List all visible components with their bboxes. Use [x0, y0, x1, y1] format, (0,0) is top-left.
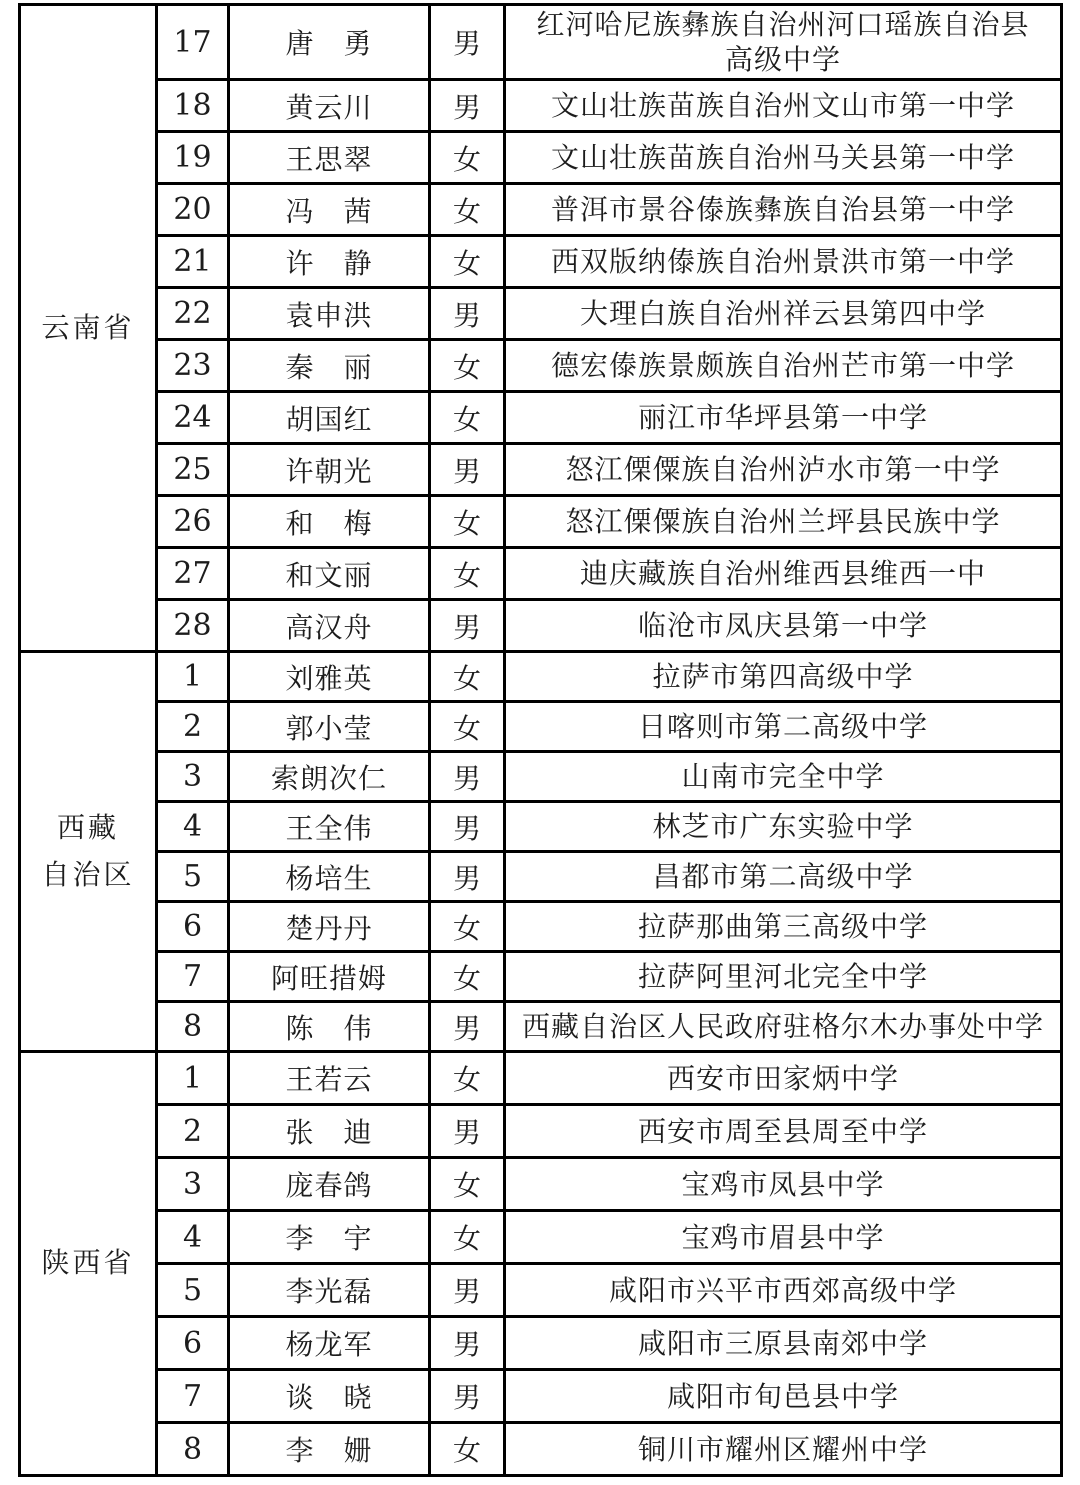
gender-cell: 女: [430, 1052, 505, 1105]
name-cell: 张 迪: [229, 1105, 430, 1158]
name-cell: 许朝光: [229, 444, 430, 496]
province-cell: 西藏 自治区: [20, 652, 157, 1052]
table-row: 26和 梅女怒江傈僳族自治州兰坪县民族中学: [20, 496, 1062, 548]
name-cell: 陈 伟: [229, 1002, 430, 1052]
number-cell: 2: [157, 1105, 229, 1158]
number-cell: 25: [157, 444, 229, 496]
school-cell: 文山壮族苗族自治州文山市第一中学: [505, 80, 1062, 132]
gender-cell: 男: [430, 1105, 505, 1158]
gender-cell: 男: [430, 1264, 505, 1317]
gender-cell: 男: [430, 5, 505, 80]
number-cell: 27: [157, 548, 229, 600]
table-row: 19王思翠女文山壮族苗族自治州马关县第一中学: [20, 132, 1062, 184]
gender-cell: 女: [430, 702, 505, 752]
table-row: 8李 姗女铜川市耀州区耀州中学: [20, 1423, 1062, 1476]
table-row: 陕西省1王若云女西安市田家炳中学: [20, 1052, 1062, 1105]
number-cell: 7: [157, 952, 229, 1002]
document-page: 云南省17唐 勇男红河哈尼族彝族自治州河口瑶族自治县 高级中学18黄云川男文山壮…: [0, 0, 1080, 1485]
table-row: 2张 迪男西安市周至县周至中学: [20, 1105, 1062, 1158]
number-cell: 23: [157, 340, 229, 392]
table-row: 6杨龙军男咸阳市三原县南郊中学: [20, 1317, 1062, 1370]
gender-cell: 女: [430, 548, 505, 600]
name-cell: 李 宇: [229, 1211, 430, 1264]
name-cell: 高汉舟: [229, 600, 430, 652]
school-cell: 怒江傈僳族自治州泸水市第一中学: [505, 444, 1062, 496]
table-row: 2郭小莹女日喀则市第二高级中学: [20, 702, 1062, 752]
gender-cell: 女: [430, 184, 505, 236]
gender-cell: 女: [430, 236, 505, 288]
name-cell: 索朗次仁: [229, 752, 430, 802]
gender-cell: 女: [430, 1211, 505, 1264]
name-cell: 王全伟: [229, 802, 430, 852]
school-cell: 大理白族自治州祥云县第四中学: [505, 288, 1062, 340]
table-row: 7谈 晓男咸阳市旬邑县中学: [20, 1370, 1062, 1423]
name-cell: 庞春鸽: [229, 1158, 430, 1211]
number-cell: 20: [157, 184, 229, 236]
school-cell: 文山壮族苗族自治州马关县第一中学: [505, 132, 1062, 184]
gender-cell: 男: [430, 802, 505, 852]
school-cell: 怒江傈僳族自治州兰坪县民族中学: [505, 496, 1062, 548]
name-cell: 黄云川: [229, 80, 430, 132]
name-cell: 杨培生: [229, 852, 430, 902]
school-cell: 丽江市华坪县第一中学: [505, 392, 1062, 444]
name-cell: 王思翠: [229, 132, 430, 184]
table-row: 云南省17唐 勇男红河哈尼族彝族自治州河口瑶族自治县 高级中学: [20, 5, 1062, 80]
school-cell: 西藏自治区人民政府驻格尔木办事处中学: [505, 1002, 1062, 1052]
table-row: 25许朝光男怒江傈僳族自治州泸水市第一中学: [20, 444, 1062, 496]
school-cell: 拉萨市第四高级中学: [505, 652, 1062, 702]
name-cell: 阿旺措姆: [229, 952, 430, 1002]
number-cell: 21: [157, 236, 229, 288]
gender-cell: 男: [430, 600, 505, 652]
school-cell: 咸阳市三原县南郊中学: [505, 1317, 1062, 1370]
table-row: 4李 宇女宝鸡市眉县中学: [20, 1211, 1062, 1264]
number-cell: 5: [157, 852, 229, 902]
number-cell: 6: [157, 902, 229, 952]
table-row: 20冯 茜女普洱市景谷傣族彝族自治县第一中学: [20, 184, 1062, 236]
number-cell: 5: [157, 1264, 229, 1317]
table-row: 3庞春鸽女宝鸡市凤县中学: [20, 1158, 1062, 1211]
gender-cell: 女: [430, 496, 505, 548]
gender-cell: 女: [430, 1423, 505, 1476]
province-cell: 云南省: [20, 5, 157, 652]
gender-cell: 女: [430, 340, 505, 392]
name-cell: 唐 勇: [229, 5, 430, 80]
name-cell: 楚丹丹: [229, 902, 430, 952]
number-cell: 4: [157, 1211, 229, 1264]
table-row: 7阿旺措姆女拉萨阿里河北完全中学: [20, 952, 1062, 1002]
name-cell: 袁申洪: [229, 288, 430, 340]
table-row: 27和文丽女迪庆藏族自治州维西县维西一中: [20, 548, 1062, 600]
number-cell: 19: [157, 132, 229, 184]
gender-cell: 男: [430, 444, 505, 496]
gender-cell: 女: [430, 1158, 505, 1211]
school-cell: 西双版纳傣族自治州景洪市第一中学: [505, 236, 1062, 288]
school-cell: 德宏傣族景颇族自治州芒市第一中学: [505, 340, 1062, 392]
number-cell: 26: [157, 496, 229, 548]
number-cell: 18: [157, 80, 229, 132]
school-cell: 拉萨那曲第三高级中学: [505, 902, 1062, 952]
number-cell: 22: [157, 288, 229, 340]
table-row: 4王全伟男林芝市广东实验中学: [20, 802, 1062, 852]
name-cell: 杨龙军: [229, 1317, 430, 1370]
school-cell: 山南市完全中学: [505, 752, 1062, 802]
number-cell: 3: [157, 1158, 229, 1211]
school-cell: 西安市周至县周至中学: [505, 1105, 1062, 1158]
number-cell: 1: [157, 652, 229, 702]
gender-cell: 男: [430, 1002, 505, 1052]
table-row: 18黄云川男文山壮族苗族自治州文山市第一中学: [20, 80, 1062, 132]
award-roster-table: 云南省17唐 勇男红河哈尼族彝族自治州河口瑶族自治县 高级中学18黄云川男文山壮…: [18, 3, 1063, 1477]
table-row: 西藏 自治区1刘雅英女拉萨市第四高级中学: [20, 652, 1062, 702]
table-row: 3索朗次仁男山南市完全中学: [20, 752, 1062, 802]
school-cell: 咸阳市旬邑县中学: [505, 1370, 1062, 1423]
gender-cell: 女: [430, 132, 505, 184]
name-cell: 李 姗: [229, 1423, 430, 1476]
number-cell: 17: [157, 5, 229, 80]
number-cell: 4: [157, 802, 229, 852]
name-cell: 胡国红: [229, 392, 430, 444]
name-cell: 许 静: [229, 236, 430, 288]
school-cell: 昌都市第二高级中学: [505, 852, 1062, 902]
school-cell: 林芝市广东实验中学: [505, 802, 1062, 852]
table-row: 24胡国红女丽江市华坪县第一中学: [20, 392, 1062, 444]
name-cell: 和 梅: [229, 496, 430, 548]
name-cell: 和文丽: [229, 548, 430, 600]
number-cell: 2: [157, 702, 229, 752]
school-cell: 红河哈尼族彝族自治州河口瑶族自治县 高级中学: [505, 5, 1062, 80]
school-cell: 日喀则市第二高级中学: [505, 702, 1062, 752]
number-cell: 7: [157, 1370, 229, 1423]
table-row: 6楚丹丹女拉萨那曲第三高级中学: [20, 902, 1062, 952]
gender-cell: 男: [430, 80, 505, 132]
school-cell: 临沧市凤庆县第一中学: [505, 600, 1062, 652]
table-row: 23秦 丽女德宏傣族景颇族自治州芒市第一中学: [20, 340, 1062, 392]
gender-cell: 女: [430, 902, 505, 952]
number-cell: 24: [157, 392, 229, 444]
gender-cell: 男: [430, 852, 505, 902]
gender-cell: 女: [430, 952, 505, 1002]
school-cell: 普洱市景谷傣族彝族自治县第一中学: [505, 184, 1062, 236]
table-row: 28高汉舟男临沧市凤庆县第一中学: [20, 600, 1062, 652]
name-cell: 秦 丽: [229, 340, 430, 392]
number-cell: 8: [157, 1423, 229, 1476]
school-cell: 宝鸡市凤县中学: [505, 1158, 1062, 1211]
name-cell: 王若云: [229, 1052, 430, 1105]
number-cell: 8: [157, 1002, 229, 1052]
school-cell: 西安市田家炳中学: [505, 1052, 1062, 1105]
table-row: 21许 静女西双版纳傣族自治州景洪市第一中学: [20, 236, 1062, 288]
table-row: 22袁申洪男大理白族自治州祥云县第四中学: [20, 288, 1062, 340]
school-cell: 迪庆藏族自治州维西县维西一中: [505, 548, 1062, 600]
name-cell: 谈 晓: [229, 1370, 430, 1423]
roster-table-body: 云南省17唐 勇男红河哈尼族彝族自治州河口瑶族自治县 高级中学18黄云川男文山壮…: [20, 5, 1062, 1476]
school-cell: 铜川市耀州区耀州中学: [505, 1423, 1062, 1476]
gender-cell: 男: [430, 1317, 505, 1370]
school-cell: 宝鸡市眉县中学: [505, 1211, 1062, 1264]
number-cell: 1: [157, 1052, 229, 1105]
table-row: 5杨培生男昌都市第二高级中学: [20, 852, 1062, 902]
name-cell: 李光磊: [229, 1264, 430, 1317]
number-cell: 6: [157, 1317, 229, 1370]
school-cell: 拉萨阿里河北完全中学: [505, 952, 1062, 1002]
number-cell: 28: [157, 600, 229, 652]
gender-cell: 男: [430, 752, 505, 802]
gender-cell: 男: [430, 1370, 505, 1423]
name-cell: 刘雅英: [229, 652, 430, 702]
province-cell: 陕西省: [20, 1052, 157, 1476]
gender-cell: 女: [430, 392, 505, 444]
school-cell: 咸阳市兴平市西郊高级中学: [505, 1264, 1062, 1317]
name-cell: 冯 茜: [229, 184, 430, 236]
gender-cell: 男: [430, 288, 505, 340]
gender-cell: 女: [430, 652, 505, 702]
table-row: 5李光磊男咸阳市兴平市西郊高级中学: [20, 1264, 1062, 1317]
name-cell: 郭小莹: [229, 702, 430, 752]
table-row: 8陈 伟男西藏自治区人民政府驻格尔木办事处中学: [20, 1002, 1062, 1052]
number-cell: 3: [157, 752, 229, 802]
